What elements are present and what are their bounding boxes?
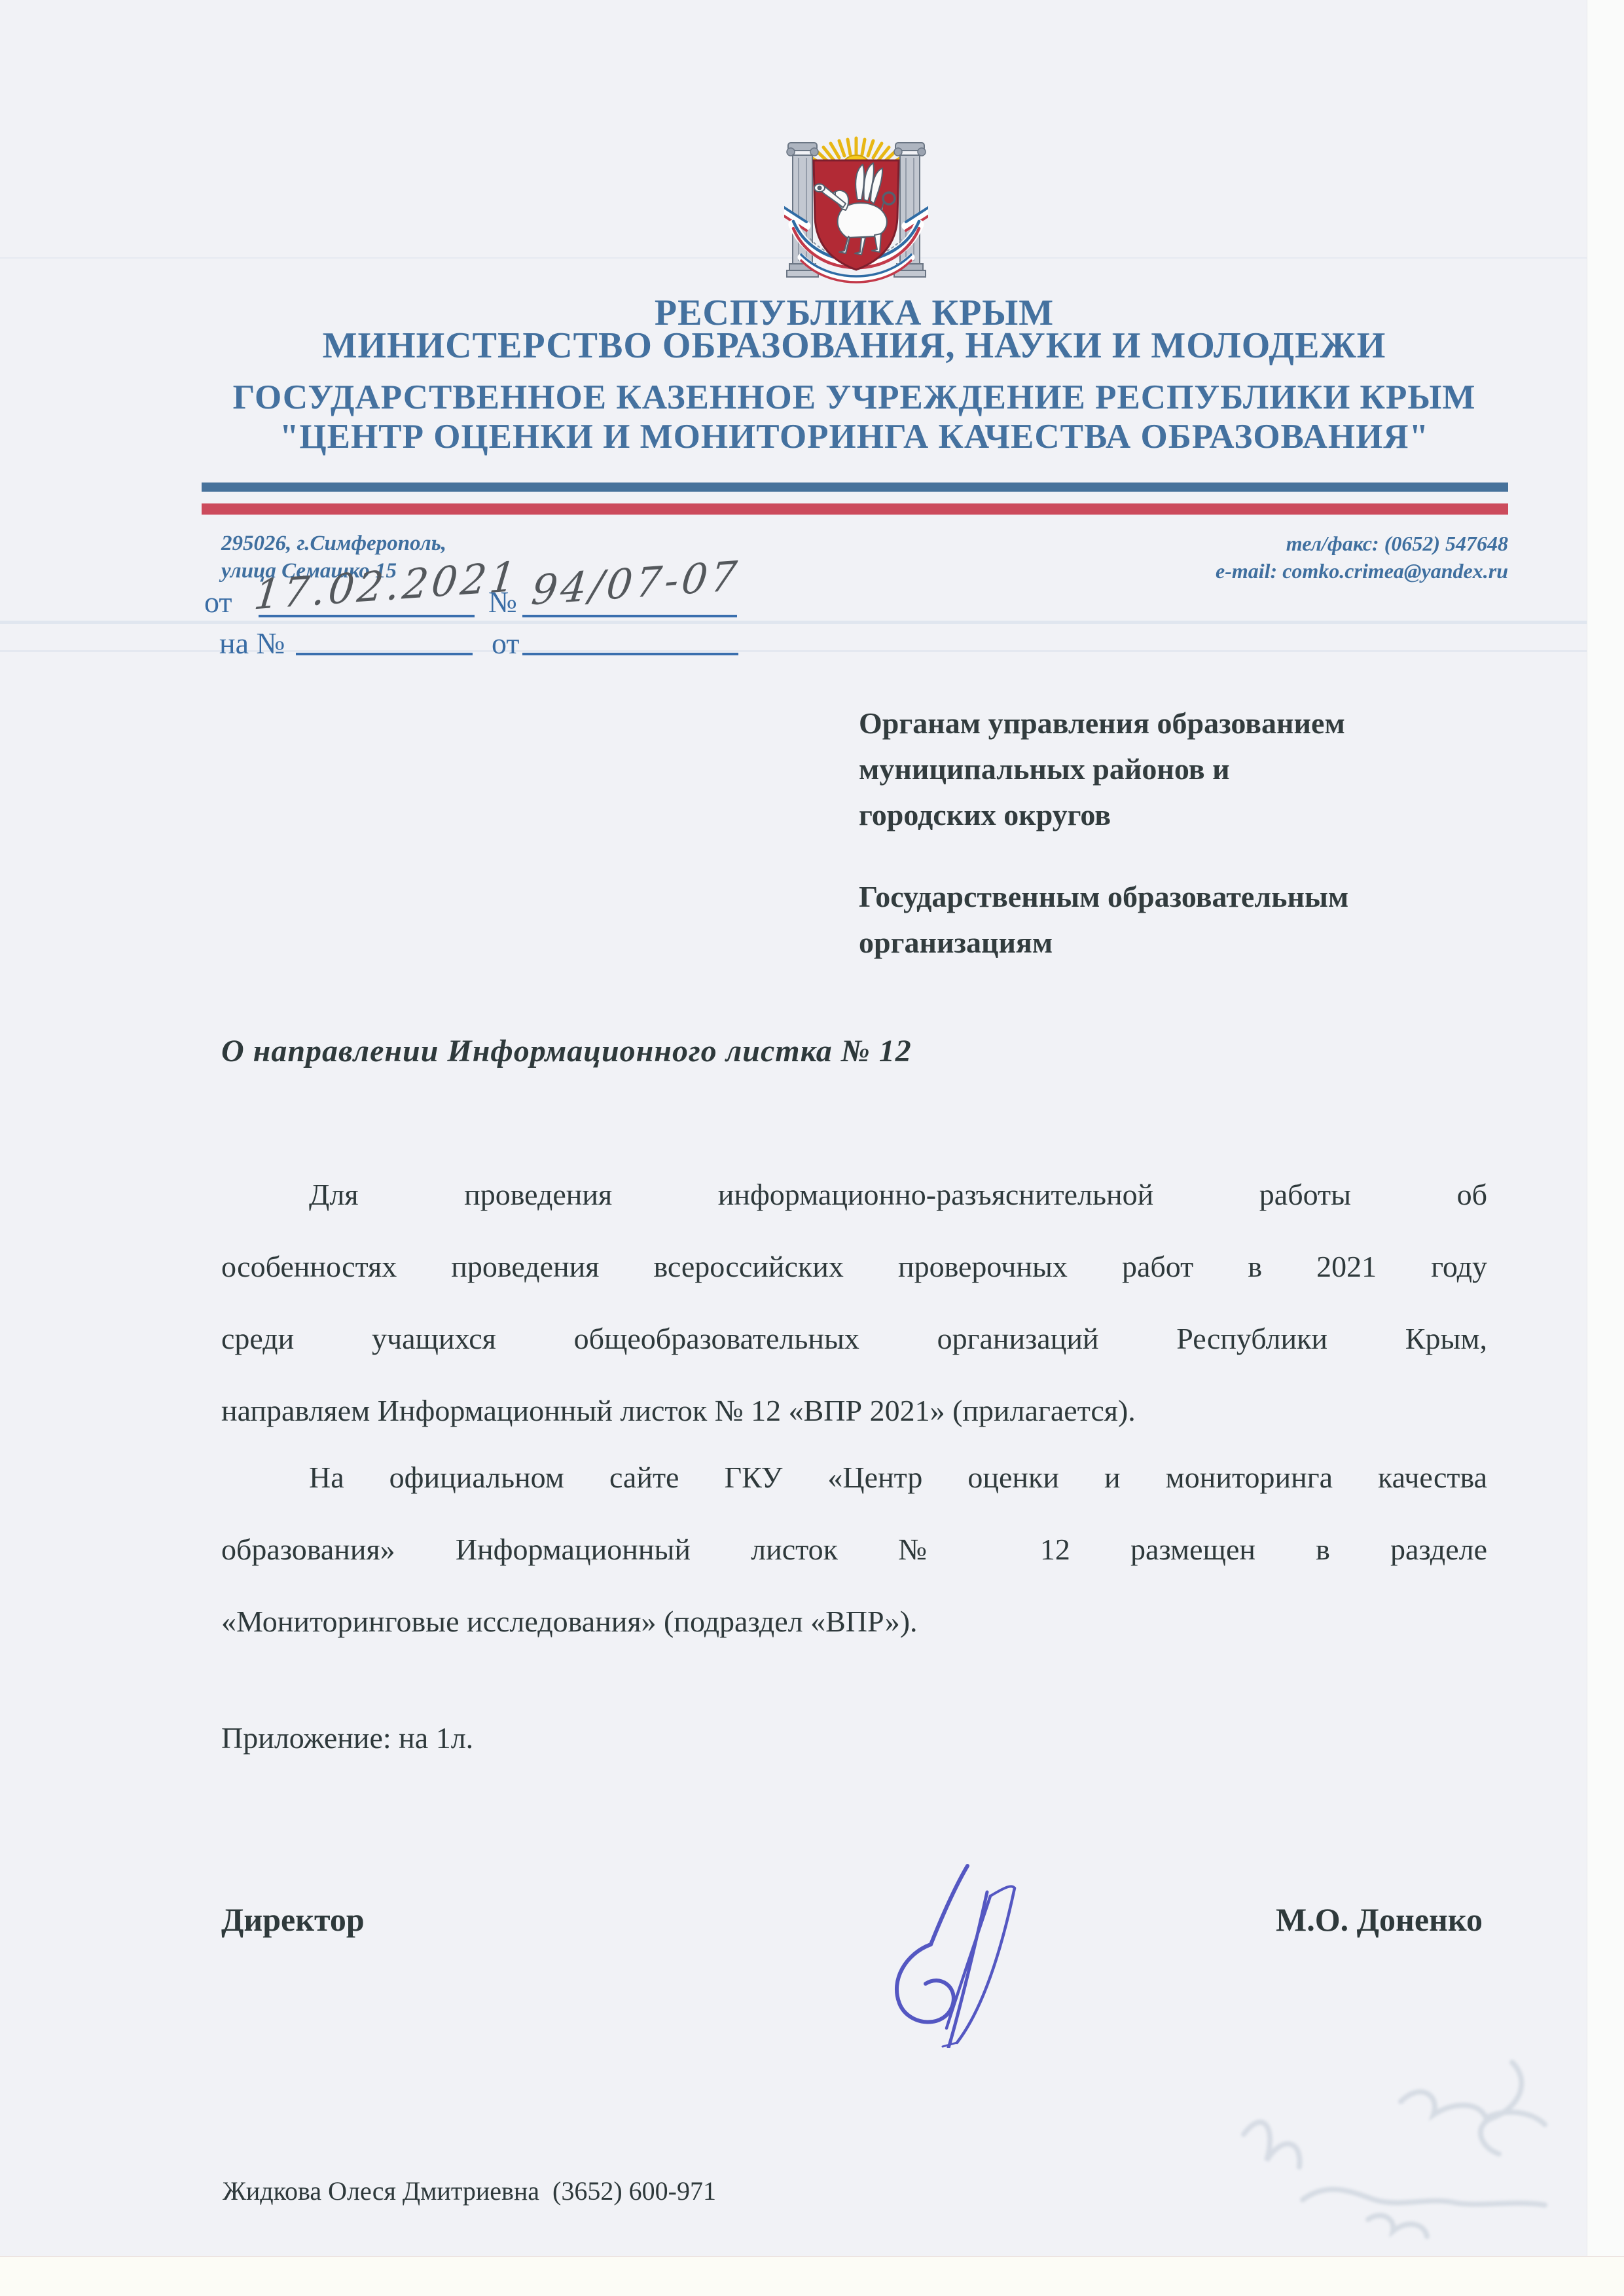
recipient-line: Государственным образовательным — [859, 874, 1513, 920]
crimea-coat-of-arms-emblem — [784, 134, 928, 290]
body-line: направляем Информационный листок № 12 «В… — [221, 1375, 1487, 1447]
scanned-letter-page: РЕСПУБЛИКА КРЫМ МИНИСТЕРСТВО ОБРАЗОВАНИЯ… — [0, 0, 1624, 2296]
signer-name: М.О. Доненко — [1276, 1903, 1483, 1936]
recipient-block-2: Государственным образовательным организа… — [859, 874, 1513, 966]
outgoing-date-label: от — [204, 587, 232, 617]
executor-contact: Жидкова Олеся Дмитриевна (3652) 600-971 — [223, 2178, 716, 2204]
body-line: особенностях проведения всероссийских пр… — [221, 1231, 1487, 1303]
sender-address-line1: 295026, г.Симферополь, — [221, 533, 446, 555]
outgoing-number-label: № — [488, 587, 517, 617]
letterhead-institution-line1: ГОСУДАРСТВЕННОЕ КАЗЕННОЕ УЧРЕЖДЕНИЕ РЕСП… — [167, 380, 1542, 415]
scan-crease-line — [0, 621, 1624, 624]
body-line: «Мониторинговые исследования» (подраздел… — [221, 1586, 1487, 1658]
recipient-line: городских округов — [859, 792, 1513, 838]
number-underline — [522, 615, 737, 617]
body-line: Для проведения информационно-разъяснител… — [221, 1159, 1487, 1231]
director-signature-ink — [884, 1858, 1054, 2048]
letter-subject: О направлении Информационного листка № 1… — [221, 1036, 912, 1067]
body-paragraph-1: Для проведения информационно-разъяснител… — [221, 1159, 1487, 1447]
bleed-through-handwriting — [1204, 2056, 1597, 2272]
reply-date-underline — [522, 653, 738, 655]
recipient-line: организациям — [859, 920, 1513, 966]
recipient-block-1: Органам управления образованием муниципа… — [859, 701, 1513, 838]
body-paragraph-2: На официальном сайте ГКУ «Центр оценки и… — [221, 1442, 1487, 1658]
letterhead-institution-line2: "ЦЕНТР ОЦЕНКИ И МОНИТОРИНГА КАЧЕСТВА ОБР… — [167, 420, 1542, 454]
body-line: На официальном сайте ГКУ «Центр оценки и… — [221, 1442, 1487, 1514]
reply-date-label: от — [492, 629, 520, 659]
divider-rule-red — [202, 503, 1508, 515]
reply-to-number-label: на № — [219, 629, 285, 659]
body-line: образования» Информационный листок № 12 … — [221, 1514, 1487, 1586]
sender-phone: тел/факс: (0652) 547648 — [1286, 533, 1508, 554]
letterhead-ministry: МИНИСТЕРСТВО ОБРАЗОВАНИЯ, НАУКИ И МОЛОДЕ… — [167, 327, 1542, 364]
handwritten-number: 94/07-07 — [530, 556, 742, 611]
divider-rule-blue — [202, 483, 1508, 492]
body-line: среди учащихся общеобразовательных орган… — [221, 1303, 1487, 1375]
date-underline — [259, 615, 475, 617]
sender-email: e-mail: comko.crimea@yandex.ru — [1216, 560, 1508, 581]
reply-number-underline — [296, 653, 473, 655]
scanner-edge-right — [1587, 0, 1624, 2296]
recipient-line: Органам управления образованием — [859, 701, 1513, 746]
attachment-note: Приложение: на 1л. — [221, 1723, 473, 1753]
recipient-line: муниципальных районов и — [859, 746, 1513, 792]
signer-position: Директор — [221, 1903, 365, 1936]
scanner-edge-bottom — [0, 2256, 1624, 2296]
